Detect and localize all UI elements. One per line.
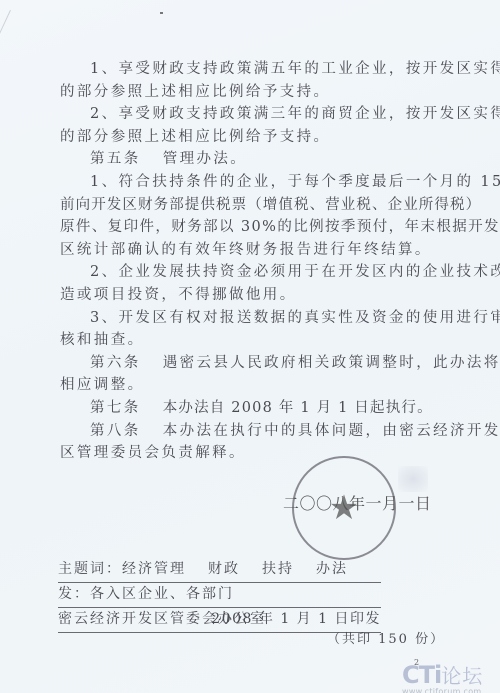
ink-speck [160, 12, 163, 14]
body-line: 前向开发区财务部提供税票（增值税、营业税、企业所得税） [60, 194, 422, 217]
body-line: 1、符合扶持条件的企业，于每个季度最后一个月的 15 日 [60, 171, 422, 194]
body-line: 3、开发区有权对报送数据的真实性及资金的使用进行审 [60, 307, 422, 330]
keyword: 扶持 [262, 561, 294, 577]
watermark: CTi论坛 www.ctiforum.com [402, 664, 500, 693]
body-line: 2、享受财政支持政策满三年的商贸企业，按开发区实得 [60, 103, 422, 126]
body-line: 原件、复印件，财务部以 30%的比例按季预付，年末根据开发 [60, 216, 422, 239]
article-number: 第八条 [90, 423, 141, 439]
distribution-line: 发：各入区企业、各部门 [58, 583, 381, 608]
paper-fold-mark [0, 10, 11, 219]
keywords-label: 主题词： [58, 561, 122, 577]
document-body: 1、享受财政支持政策满五年的工业企业，按开发区实得 的部分参照上述相应比例给予支… [60, 58, 422, 465]
article-heading: 第七条本办法自 2008 年 1 月 1 日起执行。 [60, 397, 422, 420]
document-footer: 主题词：经济管理财政扶持办法 发：各入区企业、各部门 密云经济开发区管委会办公室… [58, 558, 381, 633]
article-number: 第五条 [90, 151, 141, 167]
keyword: 办法 [316, 561, 348, 577]
signature-date: 二〇〇八年一月一日 [283, 491, 432, 514]
body-line: 的部分参照上述相应比例给予支持。 [60, 126, 422, 149]
keywords-line: 主题词：经济管理财政扶持办法 [58, 558, 381, 583]
article-number: 第七条 [90, 400, 141, 416]
article-number: 第六条 [90, 355, 141, 371]
ink-smudge [398, 466, 428, 492]
body-line: 2、企业发展扶持资金必须用于在开发区内的企业技术改 [60, 261, 422, 284]
article-heading: 第五条管理办法。 [60, 148, 422, 171]
body-line: 造或项目投资，不得挪做他用。 [60, 284, 422, 307]
keyword: 财政 [208, 561, 240, 577]
body-line: 区统计部确认的有效年终财务报告进行年终结算。 [60, 239, 422, 262]
body-line: 的部分参照上述相应比例给予支持。 [60, 81, 422, 104]
article-heading: 第八条本办法在执行中的具体问题，由密云经济开发 [60, 420, 422, 443]
copy-count: （共印 150 份） [327, 628, 445, 647]
article-heading: 第六条遇密云县人民政府相关政策调整时，此办法将 [60, 352, 422, 375]
body-line: 相应调整。 [60, 374, 422, 397]
body-line: 核和抽查。 [60, 329, 422, 352]
watermark-url: www.ctiforum.com [402, 687, 500, 693]
body-line: 1、享受财政支持政策满五年的工业企业，按开发区实得 [60, 58, 422, 81]
watermark-logo: CTi论坛 [402, 664, 500, 687]
issue-date: 2008 年 1 月 1 日印发 [211, 608, 381, 630]
keyword: 经济管理 [122, 561, 186, 577]
